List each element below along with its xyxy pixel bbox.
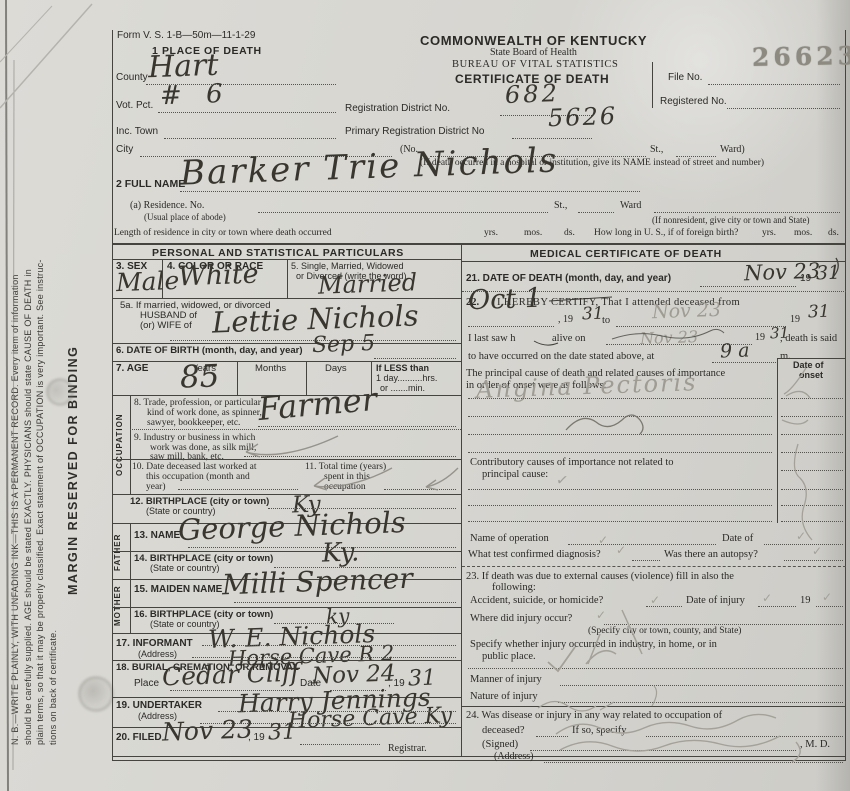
residence-ward-label: Ward <box>620 201 641 212</box>
attended-to-handwriting: Nov 23 <box>652 301 722 322</box>
file-no-label: File No. <box>668 73 702 84</box>
age-label: 7. AGE <box>116 364 148 375</box>
dob-value-handwriting: Sep 5 <box>312 333 376 357</box>
side-strip-divider <box>130 523 131 633</box>
residence-st-label: St., <box>554 201 567 212</box>
file-box-divider <box>652 62 653 108</box>
trade-label-3: sawyer, bookkeeper, etc. <box>147 418 240 428</box>
ds-label-2: ds. <box>828 228 839 238</box>
last-worked-label-2: this occupation (month and <box>146 472 250 482</box>
cause-line <box>468 452 772 453</box>
residence-sub-label: (Usual place of abode) <box>144 213 226 223</box>
address-label: (Address) <box>494 752 533 763</box>
md-label: , M. D. <box>800 739 830 750</box>
burial-place-label: Place <box>134 679 159 690</box>
sex-value-handwriting: Male <box>116 268 180 295</box>
onset-line <box>781 452 843 453</box>
injury-date-label: Date of injury <box>686 595 745 606</box>
margin-note-line: N. B.—WRITE PLAINLY, WITH UNFADING INK—T… <box>10 30 20 745</box>
column-divider <box>461 243 462 756</box>
registration-district-label: Registration District No. <box>345 104 450 115</box>
last-saw-text-1: I last saw h <box>468 333 516 344</box>
cell-divider <box>237 361 238 395</box>
signed-line <box>530 750 796 751</box>
yrs-label-2: yrs. <box>762 228 776 238</box>
dod-19-printed: 19 <box>800 274 811 285</box>
cell-divider <box>162 259 163 298</box>
onset-line <box>781 505 843 506</box>
father-name-label: 13. NAME <box>134 531 180 542</box>
onset-line <box>781 521 843 522</box>
city-st-label: St., <box>650 145 663 156</box>
informant-address-line <box>192 657 456 658</box>
occurred-m-label: m. <box>780 351 791 362</box>
specify-text-2: public place. <box>482 651 536 662</box>
pencil-check: ✓ <box>596 609 606 621</box>
margin-note-line: should be carefully supplied. AGE should… <box>23 30 33 745</box>
onset-column-divider <box>777 358 778 523</box>
age-months-label: Months <box>255 364 286 374</box>
contributory-line <box>468 489 772 490</box>
contributory-text-1: Contributory causes of importance not re… <box>470 457 674 468</box>
trade-label-2: kind of work done, as spinner, <box>147 408 262 418</box>
where-injury-note: (Specify city or town, county, and State… <box>588 626 741 636</box>
primary-registration-value-handwriting: 5626 <box>548 104 618 130</box>
city-label: City <box>116 145 133 156</box>
onset-header-2: onset <box>799 371 823 381</box>
city-ward-label: Ward) <box>720 145 745 156</box>
full-name-line <box>180 191 640 192</box>
filed-year-handwriting: 31 <box>268 722 297 745</box>
last-worked-label-3: year) <box>146 482 166 492</box>
certificate-number-stamp: 26623 <box>752 41 850 72</box>
rule <box>112 343 461 344</box>
margin-binding-text: MARGIN RESERVED FOR BINDING <box>66 30 80 595</box>
county-label: County <box>116 73 148 84</box>
dob-label: 6. DATE OF BIRTH (month, day, and year) <box>116 346 303 356</box>
to-label: to <box>602 315 610 326</box>
burial-place-handwriting: Cedar Cliff <box>162 660 300 690</box>
mos-label: mos. <box>524 228 542 238</box>
if-so-line <box>646 736 843 737</box>
rule <box>112 607 461 608</box>
board-of-health-title: State Board of Health <box>490 48 577 59</box>
rule <box>112 551 461 552</box>
death-certificate-scan: N. B.—WRITE PLAINLY, WITH UNFADING INK—T… <box>0 0 850 791</box>
medical-section-title: MEDICAL CERTIFICATE OF DEATH <box>530 249 722 260</box>
registrar-label: Registrar. <box>388 744 427 755</box>
mother-side-label: MOTHER <box>114 581 123 631</box>
table-top-rule <box>112 243 846 245</box>
age-years-value-handwriting: 85 <box>179 361 220 393</box>
row-rule-dotted <box>130 429 461 430</box>
injury-date-line <box>758 606 796 607</box>
external-causes-text-2: following: <box>492 582 536 593</box>
residence-st-line <box>578 212 614 213</box>
from-19-printed: , 19 <box>558 315 573 326</box>
mos-label-2: mos. <box>794 228 812 238</box>
pencil-check: ✓ <box>762 592 772 604</box>
where-injury-line <box>604 624 843 625</box>
operation-date-line <box>764 544 843 545</box>
last-worked-label-1: 10. Date deceased last worked at <box>132 462 257 472</box>
residence-line <box>258 212 548 213</box>
last-saw-text-2: alive on <box>552 333 586 344</box>
city-st-line <box>676 156 716 157</box>
last-saw-date-handwriting: Nov 23 <box>640 329 699 347</box>
nonresident-note: (If nonresident, give city or town and S… <box>652 216 809 226</box>
father-side-label: FATHER <box>114 525 123 579</box>
industry-label-1: 9. Industry or business in which <box>134 433 255 443</box>
cause-line <box>468 398 772 399</box>
pencil-check: ✓ <box>822 591 832 603</box>
from-year-handwriting: 31 <box>582 306 604 324</box>
filed-label: 20. FILED <box>116 733 162 744</box>
onset-line <box>781 398 843 399</box>
rule <box>112 494 461 495</box>
where-injury-label: Where did injury occur? <box>470 613 572 624</box>
rule <box>112 361 461 362</box>
residence-label: (a) Residence. No. <box>130 201 204 212</box>
primary-registration-line <box>512 138 592 139</box>
trade-value-handwriting: Farmer <box>257 383 378 425</box>
signed-label: (Signed) <box>482 739 518 750</box>
filed-line <box>300 744 380 745</box>
ds-label: ds. <box>564 228 575 238</box>
undertaker-line <box>218 711 456 712</box>
occurred-line <box>712 362 776 363</box>
length-of-residence-label: Length of residence in city or town wher… <box>114 228 332 238</box>
father-name-handwriting: George Nichols <box>178 508 407 545</box>
cause-line <box>468 416 772 417</box>
registered-no-label: Registered No. <box>660 97 727 108</box>
ink-stain <box>78 676 114 712</box>
industry-line <box>244 456 456 457</box>
pencil-check: ✓ <box>650 594 660 606</box>
occurred-time-handwriting: 9 a <box>720 341 750 361</box>
contributory-line <box>468 521 772 522</box>
form-border-right <box>845 30 846 761</box>
how-long-us-label: How long in U. S., if of foreign birth? <box>594 228 738 238</box>
external-causes-text-1: 23. If death was due to external causes … <box>466 571 734 582</box>
rule <box>461 706 846 707</box>
vot-pct-line <box>158 112 336 113</box>
spouse-label-3: (or) WIFE of <box>140 321 192 331</box>
total-time-label-1: 11. Total time (years) <box>305 462 386 472</box>
age-days-label: Days <box>325 364 347 374</box>
onset-column-top-rule <box>777 358 846 359</box>
pencil-check: ✓ <box>555 472 570 489</box>
occurred-text: to have occurred on the date stated abov… <box>468 351 654 362</box>
side-strip-divider <box>130 395 131 494</box>
injury-19-printed: 19 <box>800 595 811 606</box>
county-value-handwriting: Hart <box>147 51 218 83</box>
mother-name-handwriting: Milli Spencer <box>222 565 414 600</box>
autopsy-label: Was there an autopsy? <box>664 549 758 560</box>
occupation-question-1: 24. Was disease or injury in any way rel… <box>466 710 722 721</box>
commonwealth-title: COMMONWEALTH OF KENTUCKY <box>420 34 647 48</box>
contributory-line <box>468 505 772 506</box>
father-birthplace-sub: (State or country) <box>150 564 220 574</box>
nature-label: Nature of injury <box>470 691 538 702</box>
date-of-death-line <box>700 286 796 287</box>
full-name-label: 2 FULL NAME <box>116 179 185 190</box>
to-year-handwriting: 31 <box>808 304 830 322</box>
bureau-title: BUREAU OF VITAL STATISTICS <box>452 59 618 70</box>
informant-sub-label: (Address) <box>138 650 177 660</box>
file-no-line <box>708 84 840 85</box>
to-19-printed: 19 <box>790 315 800 326</box>
last-saw-19-printed: 19 <box>755 333 765 344</box>
total-time-line <box>384 489 456 490</box>
margin-note-line: plain terms, so that it may be properly … <box>35 30 45 745</box>
mother-name-label: 15. MAIDEN NAME <box>134 585 222 596</box>
rule <box>112 459 461 460</box>
onset-line <box>781 489 843 490</box>
test-line <box>632 560 660 561</box>
date-of-death-label: 21. DATE OF DEATH (month, day, and year) <box>466 274 671 285</box>
vot-pct-label: Vot. Pct. <box>116 101 153 112</box>
attended-to-line <box>616 326 786 327</box>
father-birthplace-handwriting: Ky. <box>322 539 360 566</box>
inc-town-label: Inc. Town <box>116 127 158 138</box>
autopsy-line <box>784 560 843 561</box>
filed-date-handwriting: Nov 23 <box>162 716 254 744</box>
onset-line <box>781 470 843 471</box>
attended-from-line <box>468 326 554 327</box>
onset-line <box>781 434 843 435</box>
contributory-text-2: principal cause: <box>482 469 548 480</box>
total-time-label-2: spent in this <box>324 472 370 482</box>
primary-registration-label: Primary Registration District No <box>345 127 484 138</box>
accident-label: Accident, suicide, or homicide? <box>470 595 603 606</box>
informant-line <box>202 645 456 646</box>
specify-line <box>468 668 843 669</box>
address-line <box>544 762 843 763</box>
trade-line <box>258 426 456 427</box>
inc-town-line <box>164 138 336 139</box>
cell-divider <box>287 259 288 298</box>
undertaker-address-handwriting: Horse Cave Ky <box>288 705 453 733</box>
dod-year-handwriting: 31 <box>816 264 841 284</box>
residence-ward-line <box>654 212 840 213</box>
filed-19-printed: , 19 <box>248 733 265 744</box>
trade-label-1: 8. Trade, profession, or particular <box>134 398 261 408</box>
pencil-check: ✓ <box>796 530 806 542</box>
form-number: Form V. S. 1-B—50m—11-1-29 <box>117 31 255 42</box>
deceased-line <box>536 736 568 737</box>
marital-value-handwriting: Married <box>318 270 418 297</box>
bottom-rule <box>112 756 846 757</box>
nature-line <box>558 702 843 703</box>
manner-line <box>560 685 843 686</box>
if-so-specify-label: If so, specify <box>572 725 627 736</box>
registered-no-line <box>727 108 840 109</box>
vot-pct-value-handwriting: # 6 <box>160 81 231 109</box>
attended-from-handwriting: Oct 1 <box>468 285 543 315</box>
yrs-label: yrs. <box>484 228 498 238</box>
dob-line <box>374 358 456 359</box>
operation-date-label: Date of <box>722 533 753 544</box>
pencil-check: ✓ <box>598 534 608 546</box>
last-worked-line <box>178 489 298 490</box>
operation-line <box>568 544 716 545</box>
ink-stain <box>46 378 74 406</box>
personal-section-title: PERSONAL AND STATISTICAL PARTICULARS <box>152 248 404 259</box>
pencil-check: ✓ <box>812 545 822 557</box>
industry-label-3: saw mill, bank, etc. <box>150 452 224 462</box>
injury-year-line <box>816 606 843 607</box>
occupation-side-label: OCCUPATION <box>116 398 125 492</box>
bottom-rule-2 <box>112 760 846 761</box>
total-time-label-3: occupation <box>324 482 366 492</box>
age-less-label-3: or .......min. <box>380 384 425 394</box>
cause-line <box>468 434 772 435</box>
operation-label: Name of operation <box>470 533 549 544</box>
occupation-question-2: deceased? <box>482 725 525 736</box>
death-is-said-text: , death is said <box>780 333 837 344</box>
pencil-check: ✓ <box>616 544 626 556</box>
full-name-handwriting: Barker Trie Nichols <box>180 143 559 190</box>
section-rule <box>462 566 846 567</box>
test-label: What test confirmed diagnosis? <box>468 549 601 560</box>
manner-label: Manner of injury <box>470 674 542 685</box>
onset-line <box>781 416 843 417</box>
specify-text-1: Specify whether injury occurred in indus… <box>470 639 717 650</box>
color-value-handwriting: White <box>178 261 260 291</box>
